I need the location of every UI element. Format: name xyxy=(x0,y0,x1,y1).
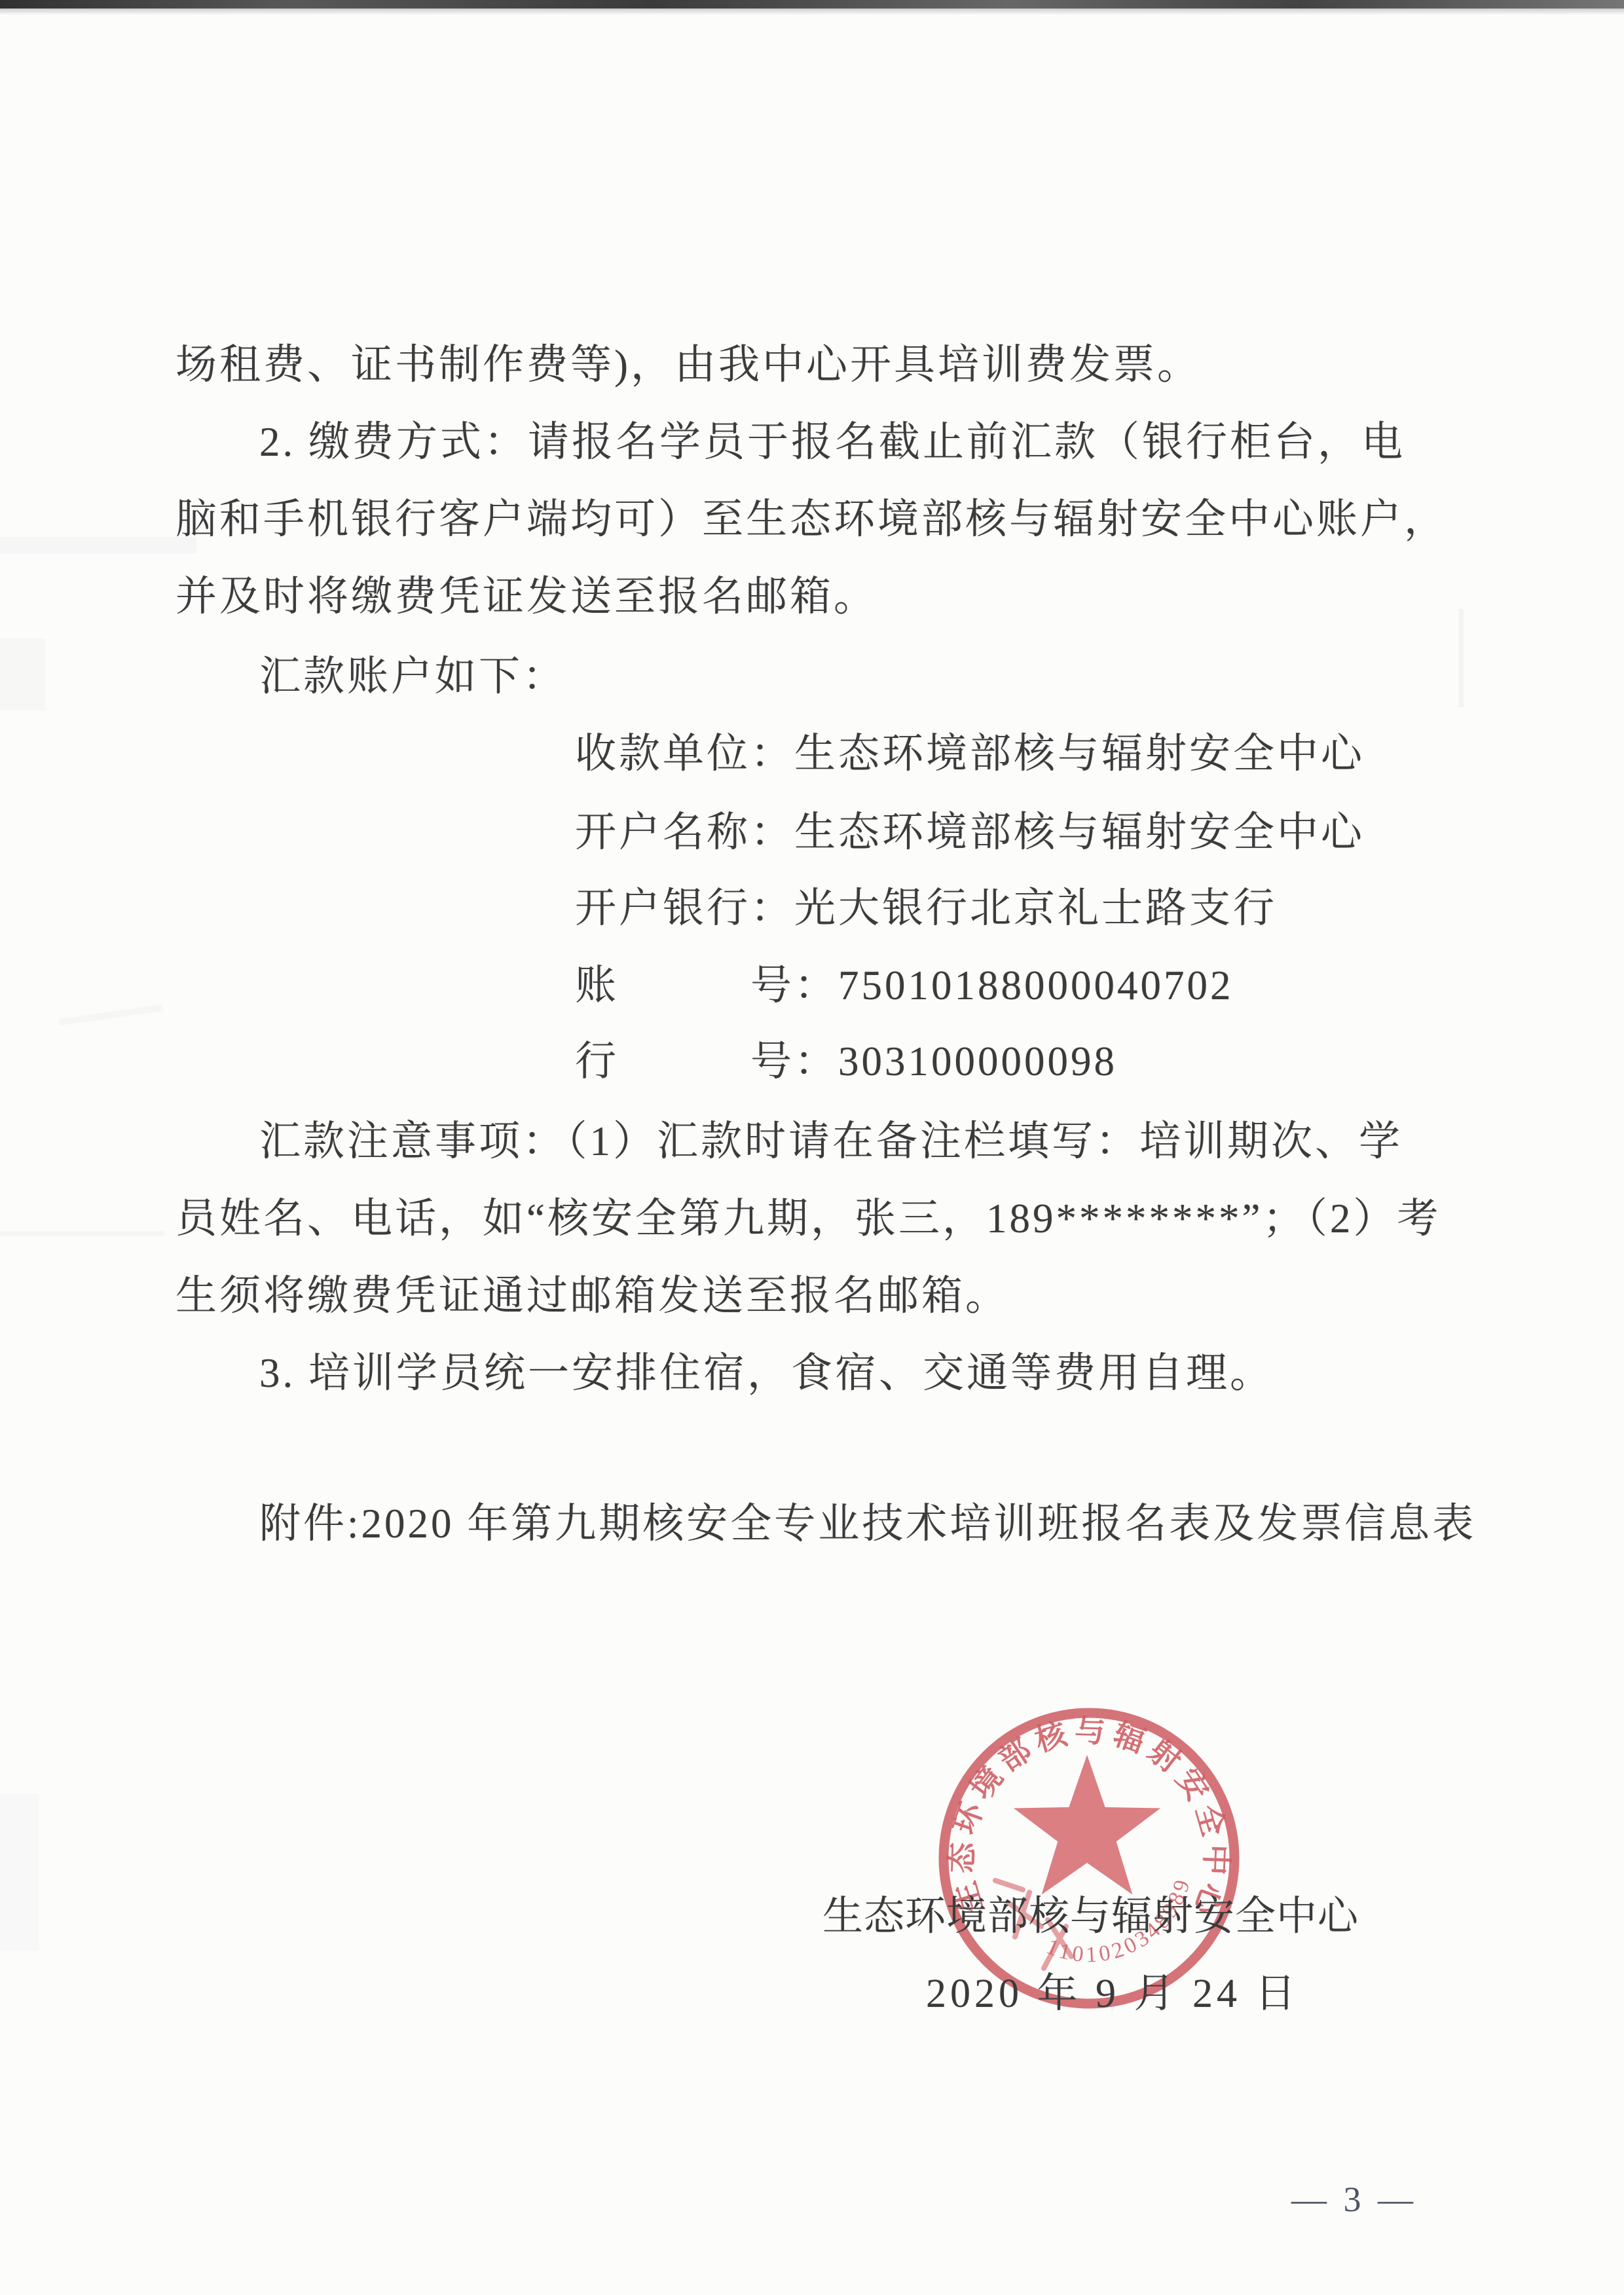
body-line: 2. 缴费方式：请报名学员于报名截止前汇款（银行柜台，电 xyxy=(259,419,1405,465)
body-line: 并及时将缴费凭证发送至报名邮箱。 xyxy=(175,574,877,619)
seal-star xyxy=(1014,1755,1160,1895)
account-line-account-name: 开户名称：生态环境部核与辐射安全中心 xyxy=(575,809,1365,855)
body-line: 员姓名、电话，如“核安全第九期，张三，189********”；（2）考 xyxy=(175,1196,1441,1241)
body-line: 汇款注意事项：（1）汇款时请在备注栏填写：培训期次、学 xyxy=(259,1118,1403,1164)
body-line: 生须将缴费凭证通过邮箱发送至报名邮箱。 xyxy=(175,1273,1009,1319)
scan-artifact xyxy=(1459,609,1464,707)
scan-artifact xyxy=(0,1231,164,1236)
body-line: 场租费、证书制作费等)，由我中心开具培训费发票。 xyxy=(175,342,1201,388)
attachment-line: 附件:2020 年第九期核安全专业技术培训班报名表及发票信息表 xyxy=(259,1501,1476,1547)
account-line-bank-no: 行 号：303100000098 xyxy=(575,1038,1117,1084)
issue-date: 2020 年 9 月 24 日 xyxy=(926,1960,1300,2019)
account-line-payee: 收款单位：生态环境部核与辐射安全中心 xyxy=(575,731,1365,777)
issuer-signature: 生态环境部核与辐射安全中心 xyxy=(822,1883,1359,1941)
body-line: 3. 培训学员统一安排住宿，食宿、交通等费用自理。 xyxy=(259,1350,1274,1396)
document-page: 场租费、证书制作费等)，由我中心开具培训费发票。 2. 缴费方式：请报名学员于报… xyxy=(0,0,1624,2295)
body-line: 脑和手机银行客户端均可）至生态环境部核与辐射安全中心账户， xyxy=(175,496,1448,542)
scan-artifact xyxy=(0,537,196,554)
account-line-account-no: 账 号：75010188000040702 xyxy=(575,963,1234,1008)
scan-top-edge-shadow xyxy=(0,9,1624,15)
scan-artifact xyxy=(59,1004,164,1025)
account-line-bank: 开户银行：光大银行北京礼士路支行 xyxy=(575,885,1277,931)
scan-artifact xyxy=(0,1794,39,1951)
body-line: 汇款账户如下： xyxy=(259,653,566,699)
scan-top-edge xyxy=(0,0,1624,9)
scan-artifact xyxy=(0,638,46,710)
page-number: — 3 — xyxy=(1291,2179,1417,2220)
